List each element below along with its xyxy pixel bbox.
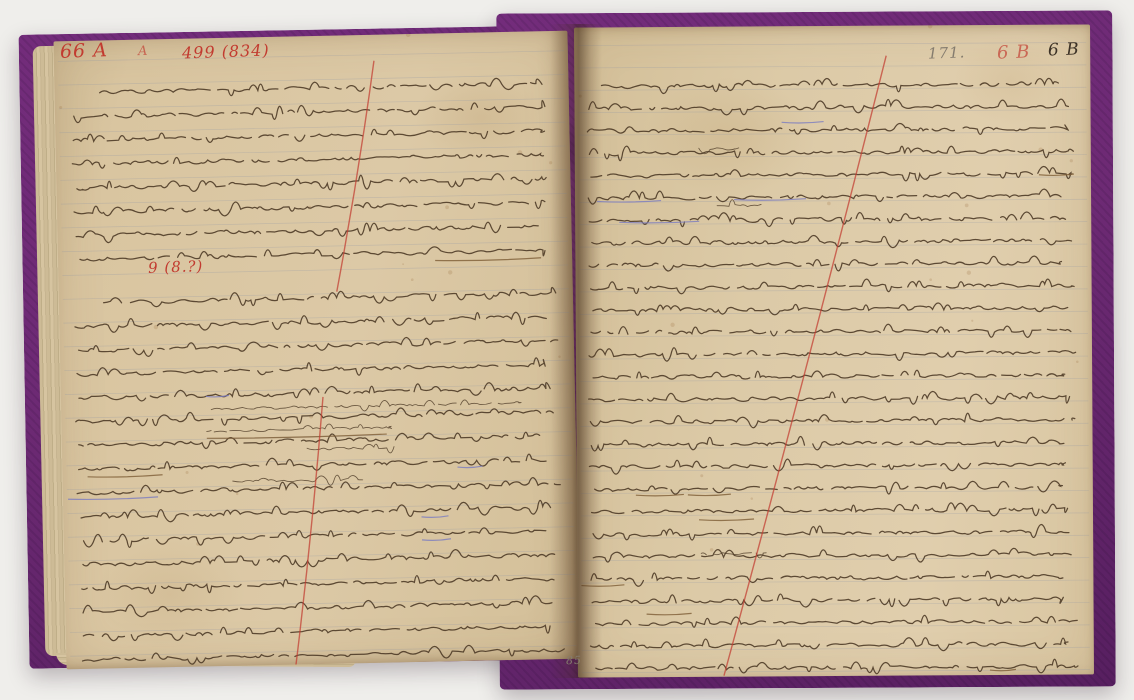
right-page: [574, 24, 1094, 677]
section-number-red: 9 (8.?): [148, 257, 204, 277]
gutter-shadow: [550, 24, 602, 678]
folio-number-right-ink: 6 B: [1048, 39, 1080, 60]
left-page-handwriting: [53, 31, 580, 670]
catalog-number-red: 499 (834): [182, 40, 270, 62]
folio-letter-small-red: A: [138, 44, 149, 59]
folio-number-right-red: 6 B: [997, 41, 1031, 63]
left-page: [53, 31, 580, 670]
right-page-handwriting: [574, 24, 1094, 677]
folio-number-left-red: 66 A: [60, 39, 109, 63]
page-number-pencil: 171.: [928, 43, 966, 62]
margin-number-pencil: 85: [566, 654, 582, 668]
notebook-scan: 66 A A 499 (834) 9 (8.?) 171. 6 B 6 B 85: [0, 0, 1134, 700]
